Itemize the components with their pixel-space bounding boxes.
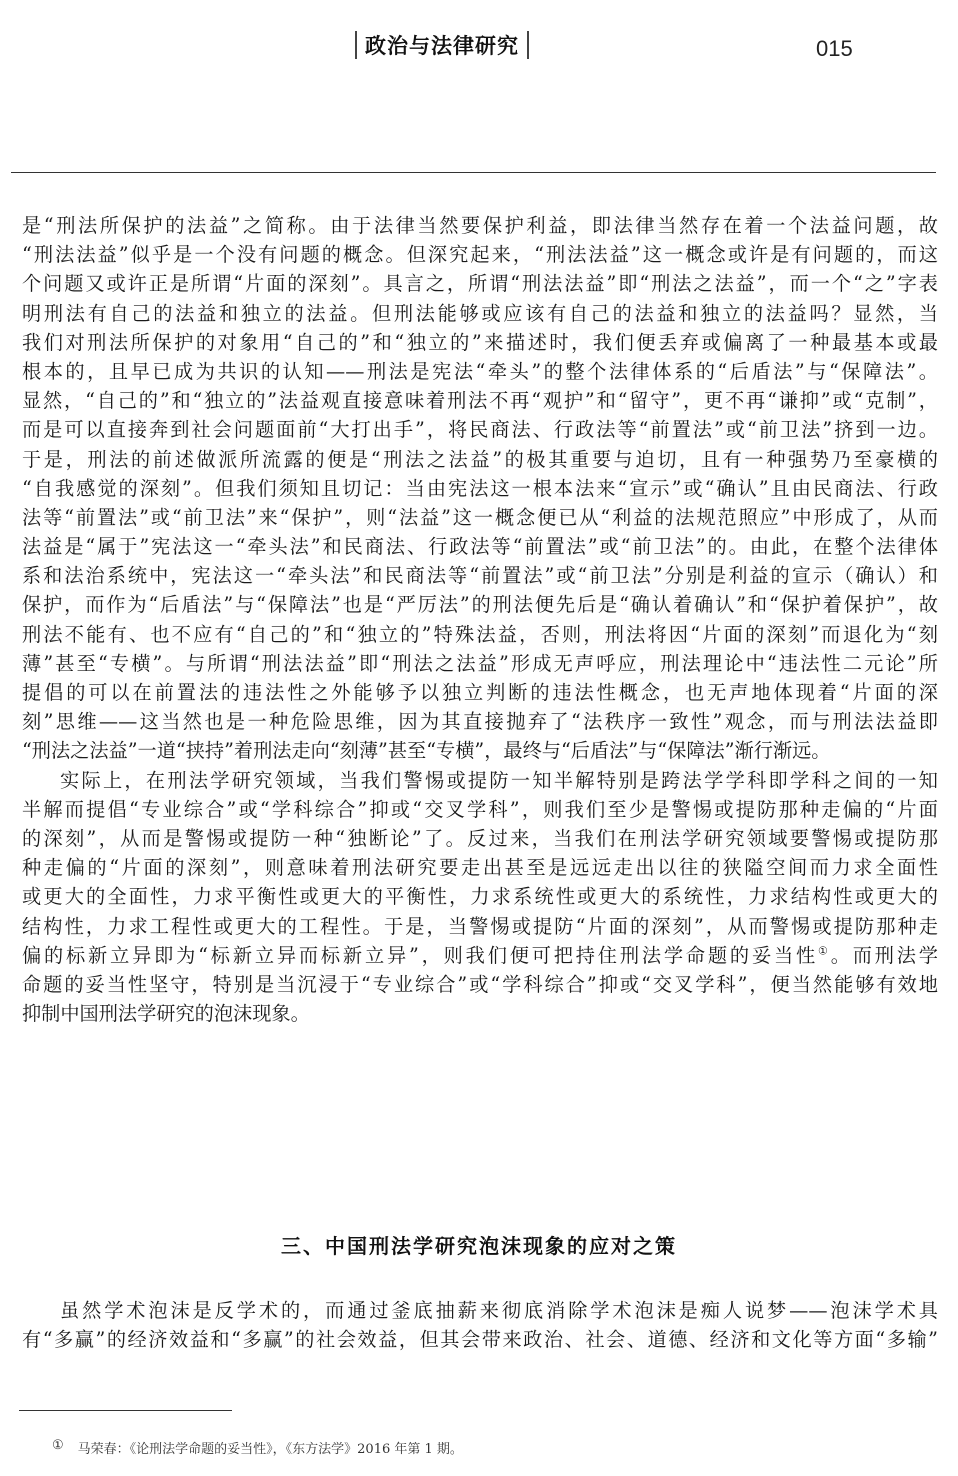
text-line: 法等“前置法”或“前卫法”来“保护”，则“法益”这一概念便已从“利益的法规范照应… bbox=[22, 503, 938, 532]
footnote: ① 马荣春：《论刑法学命题的妥当性》，《东方法学》2016 年第 1 期。 bbox=[52, 1438, 463, 1457]
text-line: 薄”甚至“专横”。与所谓“刑法法益”即“刑法之法益”形成无声呼应，刑法理论中“违… bbox=[22, 649, 938, 678]
text-line: 偏的标新立异即为“标新立异而标新立异”，则我们便可把持住刑法学命题的妥当性①。而… bbox=[22, 941, 938, 970]
text-line: 刑法不能有、也不应有“自己的”和“独立的”特殊法益，否则，刑法将因“片面的深刻”… bbox=[22, 620, 938, 649]
text-line: 而是可以直接奔到社会问题面前“大打出手”，将民商法、行政法等“前置法”或“前卫法… bbox=[22, 415, 938, 444]
text-segment: 偏的标新立异即为“标新立异而标新立异”，则我们便可把持住刑法学命题的妥当性 bbox=[22, 944, 818, 967]
text-line: 有“多赢”的经济效益和“多赢”的社会效益，但其会带来政治、社会、道德、经济和文化… bbox=[22, 1325, 938, 1354]
paragraph-2: 实际上，在刑法学研究领域，当我们警惕或提防一知半解特别是跨法学学科即学科之间的一… bbox=[22, 766, 938, 1029]
text-line: 虽然学术泡沫是反学术的，而通过釜底抽薪来彻底消除学术泡沫是痴人说梦——泡沫学术具 bbox=[22, 1296, 938, 1325]
text-line: 提倡的可以在前置法的违法性之外能够予以独立判断的违法性概念，也无声地体现着“片面… bbox=[22, 678, 938, 707]
footnote-text: 马荣春：《论刑法学命题的妥当性》，《东方法学》2016 年第 1 期。 bbox=[78, 1438, 463, 1457]
page-number: 015 bbox=[816, 36, 853, 62]
text-line: 命题的妥当性坚守，特别是当沉浸于“专业综合”或“学科综合”抑或“交叉学科”，便当… bbox=[22, 970, 938, 999]
footnote-reference[interactable]: ① bbox=[818, 944, 831, 957]
paragraph-3: 虽然学术泡沫是反学术的，而通过釜底抽薪来彻底消除学术泡沫是痴人说梦——泡沫学术具… bbox=[22, 1296, 938, 1354]
text-line: 明刑法有自己的法益和独立的法益。但刑法能够或应该有自己的法益和独立的法益吗？显然… bbox=[22, 299, 938, 328]
text-line: 显然，“自己的”和“独立的”法益观直接意味着刑法不再“观护”和“留守”，更不再“… bbox=[22, 386, 938, 415]
text-line: 半解而提倡“专业综合”或“学科综合”抑或“交叉学科”，则我们至少是警惕或提防那种… bbox=[22, 795, 938, 824]
text-line: 我们对刑法所保护的对象用“自己的”和“独立的”来描述时，我们便丢弃或偏离了一种最… bbox=[22, 328, 938, 357]
paragraph-1: 是“刑法所保护的法益”之简称。由于法律当然要保护利益，即法律当然存在着一个法益问… bbox=[22, 211, 938, 766]
body-text: 是“刑法所保护的法益”之简称。由于法律当然要保护利益，即法律当然存在着一个法益问… bbox=[22, 211, 938, 1028]
text-line: 系和法治系统中，宪法这一“牵头法”和民商法等“前置法”或“前卫法”分别是利益的宣… bbox=[22, 561, 938, 590]
text-line: “刑法之法益”一道“挟持”着刑法走向“刻薄”甚至“专横”，最终与“后盾法”与“保… bbox=[22, 736, 938, 765]
text-line: 法益是“属于”宪法这一“牵头法”和民商法、行政法等“前置法”或“前卫法”的。由此… bbox=[22, 532, 938, 561]
text-line: 保护，而作为“后盾法”与“保障法”也是“严厉法”的刑法便先后是“确认着确认”和“… bbox=[22, 590, 938, 619]
header-right-bar bbox=[527, 31, 529, 59]
text-line: “刑法法益”似乎是一个没有问题的概念。但深究起来，“刑法法益”这一概念或许是有问… bbox=[22, 240, 938, 269]
text-line: 抑制中国刑法学研究的泡沫现象。 bbox=[22, 999, 938, 1028]
text-line: 实际上，在刑法学研究领域，当我们警惕或提防一知半解特别是跨法学学科即学科之间的一… bbox=[22, 766, 938, 795]
running-header: 政治与法律研究 bbox=[355, 30, 529, 60]
text-line: 结构性，力求工程性或更大的工程性。于是，当警惕或提防“片面的深刻”，从而警惕或提… bbox=[22, 912, 938, 941]
header-rule bbox=[11, 172, 936, 173]
text-line: 或更大的全面性，力求平衡性或更大的平衡性，力求系统性或更大的系统性，力求结构性或… bbox=[22, 882, 938, 911]
section-heading: 三、中国刑法学研究泡沫现象的应对之策 bbox=[0, 1230, 958, 1259]
text-line: 种走偏的“片面的深刻”，则意味着刑法研究要走出甚至是远远走出以往的狭隘空间而力求… bbox=[22, 853, 938, 882]
text-segment: 。而刑法学 bbox=[831, 944, 938, 967]
text-line: 于是，刑法的前述做派所流露的便是“刑法之法益”的极其重要与迫切，且有一种强势乃至… bbox=[22, 445, 938, 474]
text-line: 的深刻”，从而是警惕或提防一种“独断论”了。反过来，当我们在刑法学研究领域要警惕… bbox=[22, 824, 938, 853]
text-line: 个问题又或许正是所谓“片面的深刻”。具言之，所谓“刑法法益”即“刑法之法益”，而… bbox=[22, 269, 938, 298]
text-line: 刻”思维——这当然也是一种危险思维，因为其直接抛弃了“法秩序一致性”观念，而与刑… bbox=[22, 707, 938, 736]
text-line: “自我感觉的深刻”。但我们须知且切记：当由宪法这一根本法来“宣示”或“确认”且由… bbox=[22, 474, 938, 503]
journal-title: 政治与法律研究 bbox=[357, 30, 527, 60]
text-line: 是“刑法所保护的法益”之简称。由于法律当然要保护利益，即法律当然存在着一个法益问… bbox=[22, 211, 938, 240]
footnote-mark: ① bbox=[52, 1438, 64, 1457]
footnote-rule bbox=[19, 1410, 232, 1411]
text-line: 根本的，且早已成为共识的认知——刑法是宪法“牵头”的整个法律体系的“后盾法”与“… bbox=[22, 357, 938, 386]
